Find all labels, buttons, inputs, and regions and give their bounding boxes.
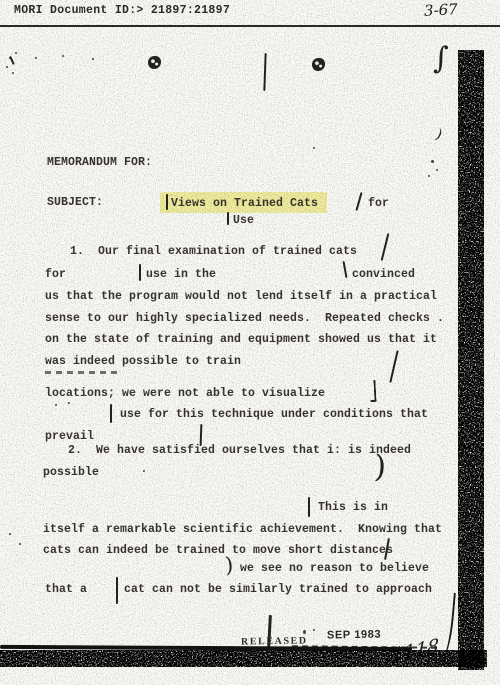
body-line: This is in	[318, 501, 388, 515]
body-line: possible	[43, 466, 99, 480]
redaction-mark	[308, 497, 310, 517]
redaction-mark	[116, 577, 118, 604]
pen-mark	[263, 53, 266, 91]
body-line: prevail	[45, 430, 94, 444]
body-line: that a	[45, 583, 87, 597]
scan-speck	[303, 630, 306, 634]
redaction-mark	[166, 194, 168, 210]
scan-speck	[12, 72, 14, 74]
scan-speck	[19, 543, 21, 545]
pen-slash-mark	[355, 192, 362, 211]
scan-speck	[143, 470, 145, 472]
erased-text-smudge	[45, 371, 119, 374]
pen-bracket-mark: )	[373, 452, 387, 484]
pen-curve-mark	[434, 591, 456, 660]
body-line: for	[45, 268, 66, 282]
pen-bracket-mark: )	[224, 555, 234, 577]
redaction-mark	[227, 212, 229, 225]
subject-suffix: for	[368, 197, 389, 211]
body-line: locations; we were not able to visualize	[45, 387, 325, 401]
ink-blob-stamp	[312, 58, 325, 71]
body-line: 2. We have satisfied ourselves that i: i…	[68, 444, 411, 458]
scan-speck	[313, 147, 315, 149]
subject-second-line: Use	[233, 214, 254, 228]
pen-mark	[381, 233, 390, 261]
scan-speck	[313, 629, 315, 631]
body-line: on the state of training and equipment s…	[45, 333, 437, 347]
document-id: MORI Document ID:> 21897:21897	[14, 5, 230, 17]
redaction-mark	[139, 264, 141, 281]
scan-speck	[428, 175, 430, 177]
date-stamp: SEP 1983	[327, 629, 381, 642]
scan-speck	[68, 402, 70, 404]
body-line: convinced	[352, 268, 415, 282]
scan-noise-right-band	[458, 50, 484, 670]
ink-blob-stamp	[148, 56, 161, 69]
memorandum-for-label: MEMORANDUM FOR:	[47, 156, 152, 170]
pen-hook-mark: ∫	[433, 44, 449, 74]
scan-speck	[35, 57, 37, 59]
body-line: cat can not be similarly trained to appr…	[124, 583, 432, 597]
scan-speck	[431, 160, 434, 163]
scan-speck	[436, 169, 438, 171]
body-line: cats can indeed be trained to move short…	[43, 544, 393, 558]
header-divider	[0, 25, 500, 27]
handwritten-page-number: 3-67	[424, 0, 459, 20]
body-line: itself a remarkable scientific achieveme…	[43, 523, 442, 537]
subject-label: SUBJECT:	[47, 196, 103, 210]
body-line: sense to our highly specialized needs. R…	[45, 312, 444, 326]
body-line: us that the program would not lend itsel…	[45, 290, 437, 304]
body-line: use in the	[146, 268, 216, 282]
scan-speck	[62, 55, 64, 57]
body-line: use for this technique under conditions …	[120, 408, 428, 422]
pen-bracket-mark	[369, 380, 376, 402]
body-line: we see no reason to believe	[240, 562, 429, 576]
redaction-mark	[110, 404, 112, 423]
scan-speck	[55, 404, 57, 406]
pen-scribble: )	[433, 128, 444, 143]
scan-speck	[92, 58, 94, 60]
pen-scribble	[9, 56, 14, 65]
scanned-memo-page: MORI Document ID:> 21897:21897 3-67 ∫ ) …	[0, 0, 500, 685]
body-line: 1. Our final examination of trained cats	[70, 245, 357, 259]
body-line: was indeed possible to train	[45, 355, 241, 369]
scan-speck	[6, 66, 8, 68]
scan-speck	[15, 52, 17, 54]
subject-title: Views on Trained Cats	[171, 197, 318, 211]
pen-mark	[200, 424, 203, 446]
scan-edge-line	[0, 645, 412, 651]
pen-slash-mark	[389, 350, 398, 383]
redaction-mark	[343, 261, 348, 278]
scan-speck	[9, 533, 11, 535]
